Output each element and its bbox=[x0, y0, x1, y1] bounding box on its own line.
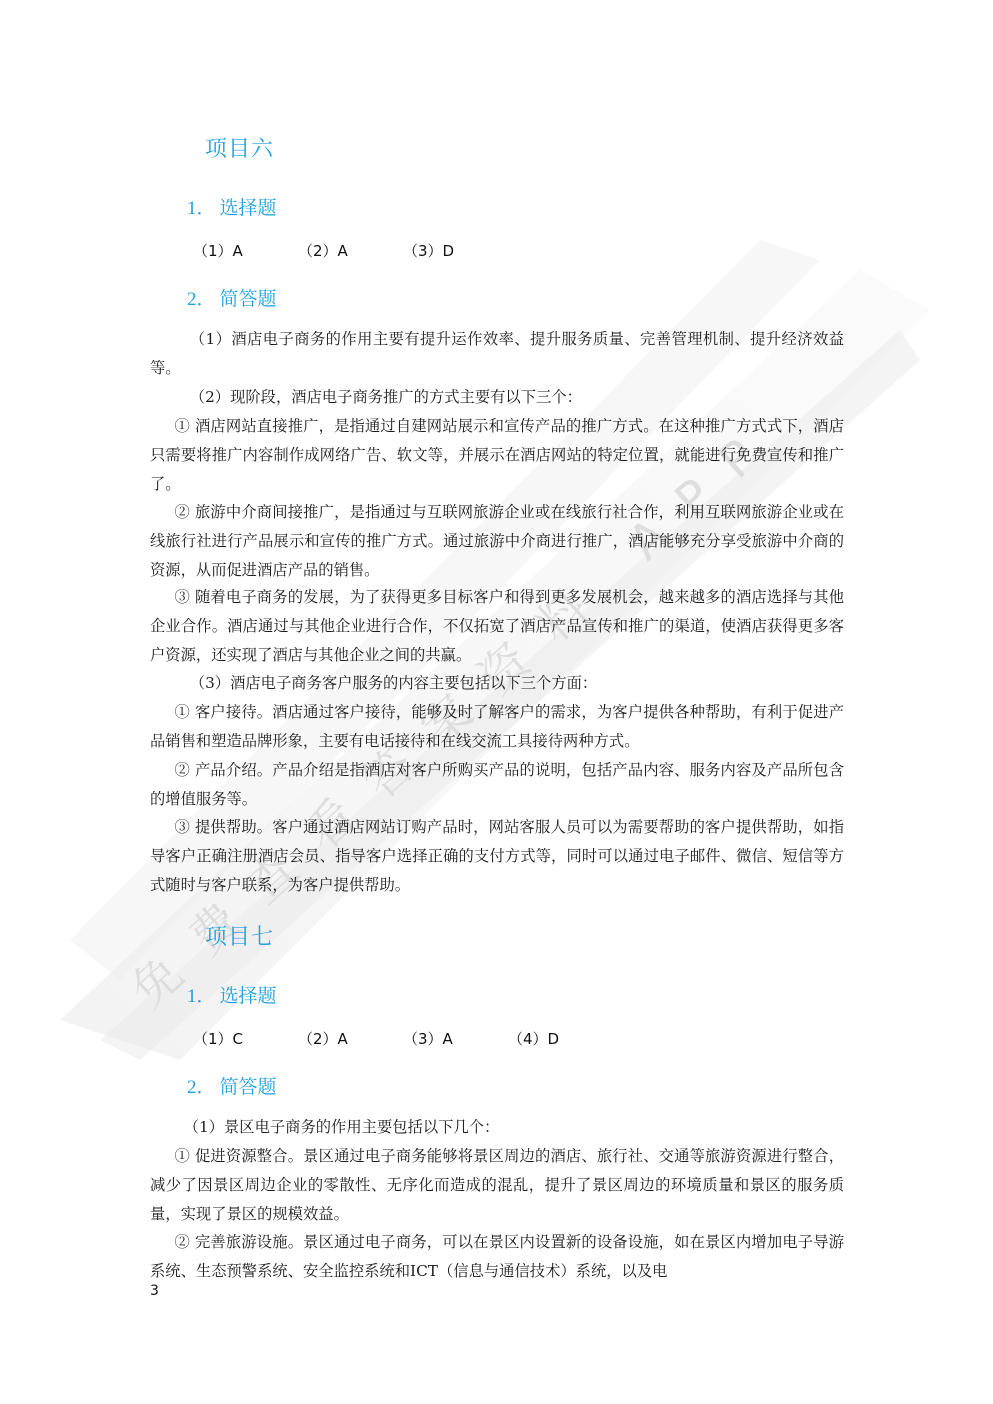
p6-choice-num: 1． bbox=[187, 198, 216, 219]
p6-short-title: 简答题 bbox=[220, 288, 277, 310]
paragraph: ① 促进资源整合。景区通过电子商务能够将景区周边的酒店、旅行社、交通等旅游资源进… bbox=[150, 1142, 844, 1229]
p7-short-heading: 2．简答题 bbox=[187, 1072, 277, 1099]
paragraph: ① 酒店网站直接推广，是指通过自建网站展示和宣传产品的推广方式。在这种推广方式式… bbox=[150, 412, 844, 499]
p7-short-num: 2． bbox=[187, 1077, 216, 1098]
answer: （2）A bbox=[298, 1028, 403, 1049]
paragraph: ② 产品介绍。产品介绍是指酒店对客户所购买产品的说明，包括产品内容、服务内容及产… bbox=[150, 756, 844, 814]
paragraph: （3）酒店电子商务客户服务的内容主要包括以下三个方面： bbox=[150, 669, 844, 698]
p7-choice-answers: （1）C （2）A （3）A （4）D bbox=[193, 1028, 613, 1049]
p6-short-heading: 2．简答题 bbox=[187, 284, 277, 311]
paragraph: ③ 随着电子商务的发展，为了获得更多目标客户和得到更多发展机会，越来越多的酒店选… bbox=[150, 583, 844, 670]
p6-short-num: 2． bbox=[187, 289, 216, 310]
paragraph: ② 完善旅游设施。景区通过电子商务，可以在景区内设置新的设备设施，如在景区内增加… bbox=[150, 1228, 844, 1286]
page-number: 3 bbox=[150, 1283, 159, 1299]
answer: （1）C bbox=[193, 1028, 298, 1049]
p6-choice-title: 选择题 bbox=[220, 197, 277, 219]
p7-choice-num: 1． bbox=[187, 986, 216, 1007]
answer: （3）A bbox=[403, 1028, 508, 1049]
answer: （2）A bbox=[298, 240, 403, 261]
paragraph: ③ 提供帮助。客户通过酒店网站订购产品时，网站客服人员可以为需要帮助的客户提供帮… bbox=[150, 813, 844, 900]
project-7-title: 项目七 bbox=[205, 920, 274, 951]
p6-choice-heading: 1．选择题 bbox=[187, 193, 277, 220]
answer: （3）D bbox=[403, 240, 508, 261]
p7-short-title: 简答题 bbox=[220, 1076, 277, 1098]
p6-choice-answers: （1）A （2）A （3）D bbox=[193, 240, 508, 261]
p7-choice-heading: 1．选择题 bbox=[187, 981, 277, 1008]
project-6-title: 项目六 bbox=[205, 132, 274, 163]
paragraph: （1）酒店电子商务的作用主要有提升运作效率、提升服务质量、完善管理机制、提升经济… bbox=[150, 325, 844, 383]
document-page: 项目六 1．选择题 （1）A （2）A （3）D 2．简答题 （1）酒店电子商务… bbox=[0, 0, 993, 1404]
paragraph: （2）现阶段，酒店电子商务推广的方式主要有以下三个： bbox=[150, 383, 844, 412]
p7-choice-title: 选择题 bbox=[220, 985, 277, 1007]
answer: （4）D bbox=[508, 1028, 613, 1049]
answer: （1）A bbox=[193, 240, 298, 261]
paragraph: ① 客户接待。酒店通过客户接待，能够及时了解客户的需求，为客户提供各种帮助，有利… bbox=[150, 698, 844, 756]
paragraph: （1）景区电子商务的作用主要包括以下几个： bbox=[150, 1113, 844, 1142]
paragraph: ② 旅游中介商间接推广，是指通过与互联网旅游企业或在线旅行社合作，利用互联网旅游… bbox=[150, 498, 844, 585]
